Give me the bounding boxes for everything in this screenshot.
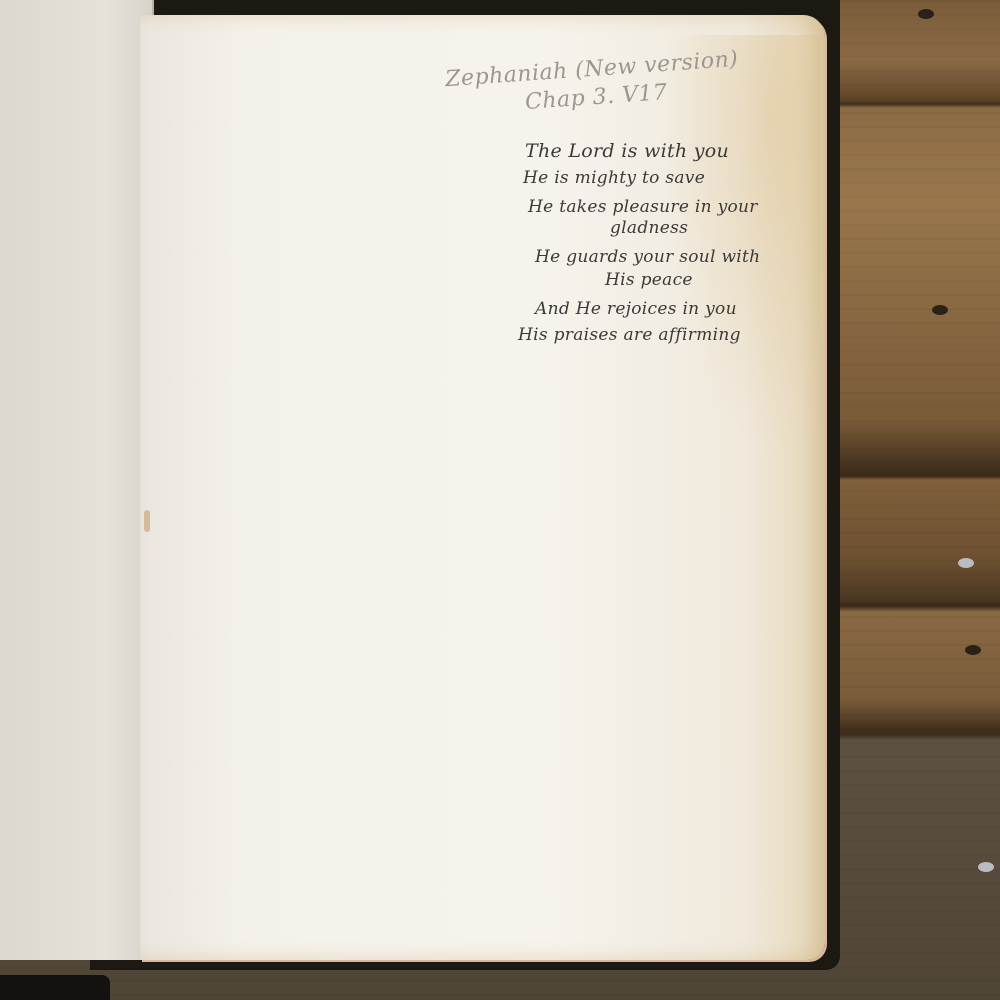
verse-line: He takes pleasure in your bbox=[528, 197, 758, 217]
verse-line: He is mighty to save bbox=[523, 168, 705, 188]
nail-head bbox=[932, 305, 948, 315]
verse-line: His peace bbox=[605, 270, 693, 290]
verse-line: The Lord is with you bbox=[525, 140, 729, 162]
nail-head bbox=[918, 9, 934, 19]
pencil-reference-line-2: Chap 3. V17 bbox=[524, 80, 668, 115]
nail-head bbox=[958, 558, 974, 568]
verse-line: gladness bbox=[610, 218, 688, 238]
verse-line: His praises are affirming bbox=[518, 325, 741, 345]
verse-line: He guards your soul with bbox=[535, 247, 760, 267]
book-cover-corner bbox=[0, 975, 110, 1000]
nail-head bbox=[965, 645, 981, 655]
left-page bbox=[0, 0, 154, 960]
page-spot bbox=[144, 510, 150, 532]
page-stain bbox=[660, 35, 820, 455]
verse-line: And He rejoices in you bbox=[535, 299, 737, 319]
right-page: Zephaniah (New version) Chap 3. V17 The … bbox=[140, 15, 825, 960]
nail-head bbox=[978, 862, 994, 872]
